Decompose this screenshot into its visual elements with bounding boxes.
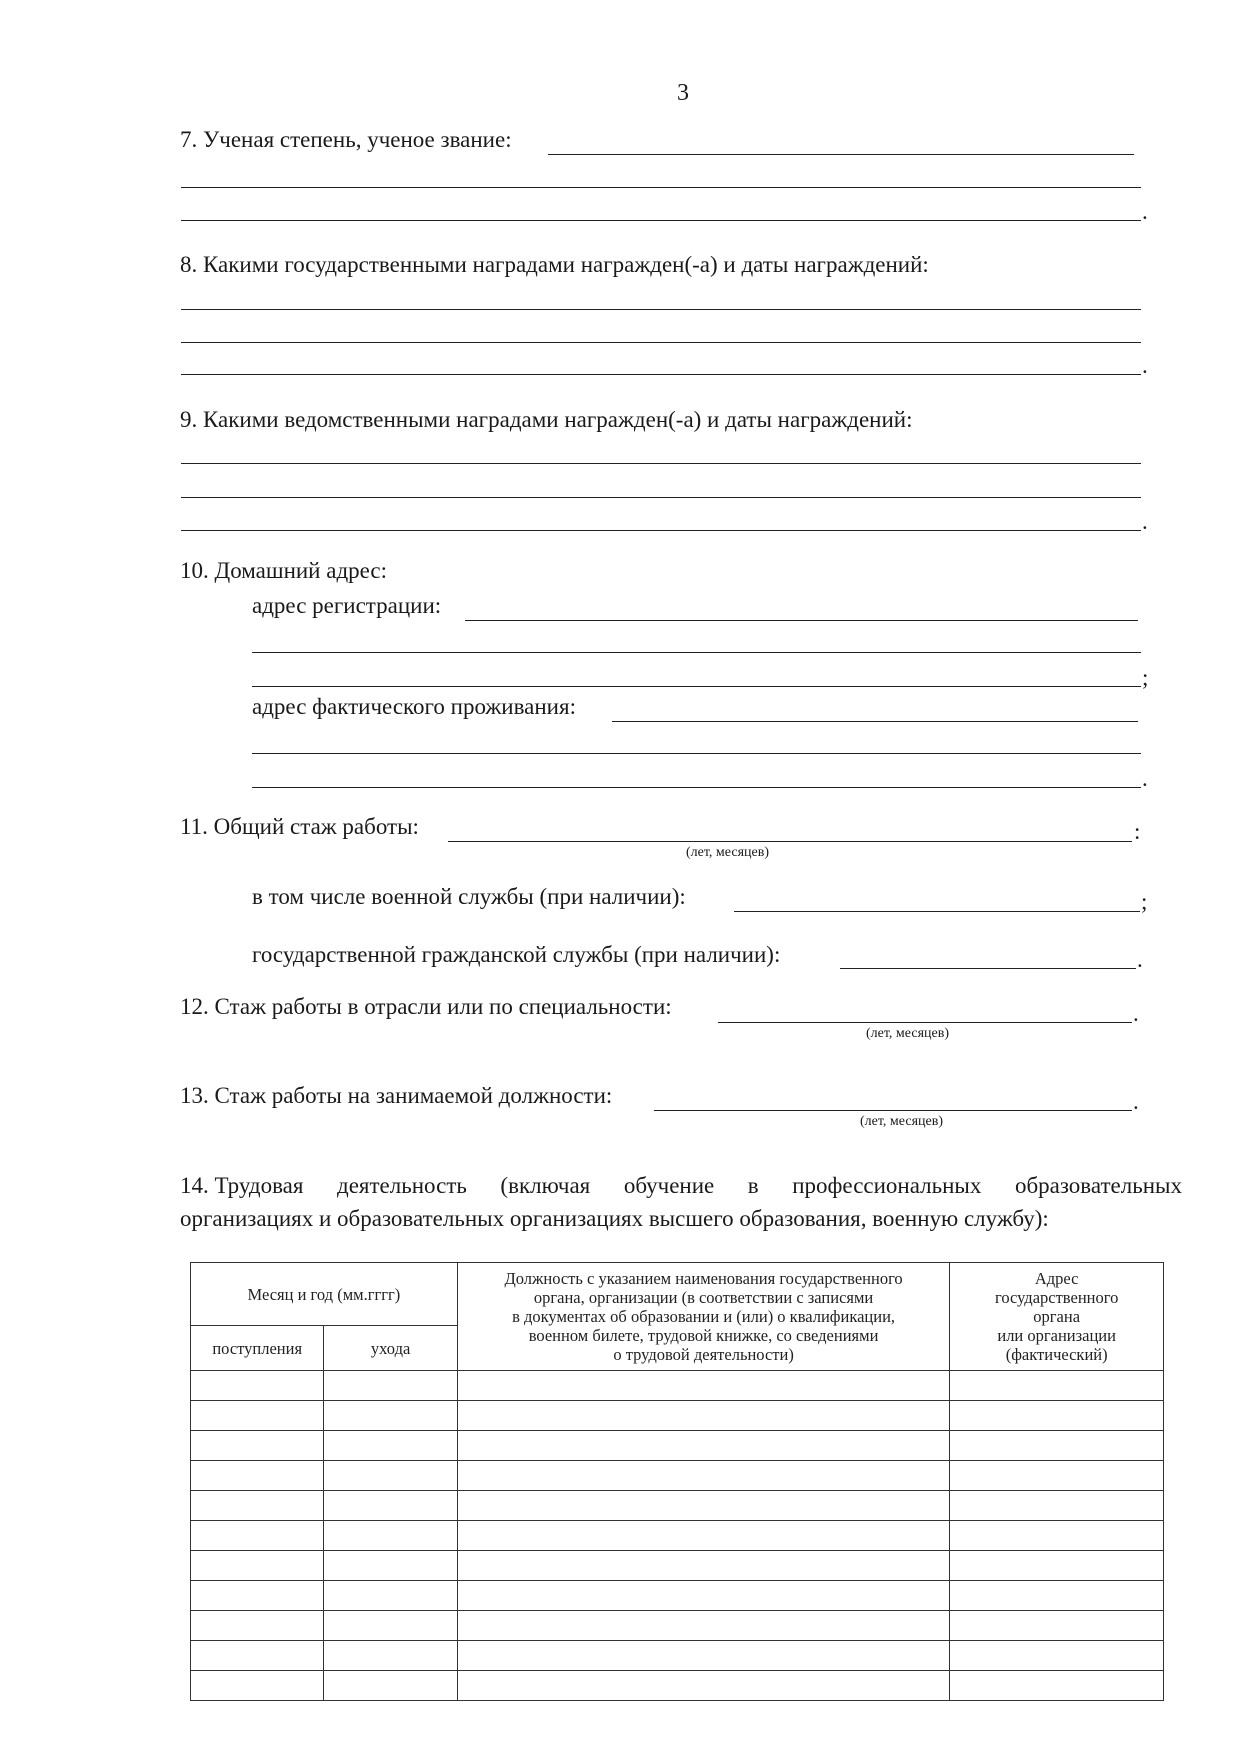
start-date-cell[interactable] xyxy=(191,1641,324,1671)
end-date-cell[interactable] xyxy=(324,1461,457,1491)
address-cell[interactable] xyxy=(950,1551,1164,1581)
q11-military-end-punct: ; xyxy=(1141,888,1147,916)
start-date-cell[interactable] xyxy=(191,1371,324,1401)
address-cell[interactable] xyxy=(950,1581,1164,1611)
q8-field-line-1[interactable] xyxy=(181,309,1141,310)
q9-field-line-1[interactable] xyxy=(181,463,1141,464)
work-history-body xyxy=(191,1371,1164,1701)
q9-field-line-3[interactable] xyxy=(181,530,1141,531)
q11-field-line[interactable] xyxy=(448,841,1132,842)
q13-label: 13. Стаж работы на занимаемой должности: xyxy=(180,1082,612,1110)
header-line: органа, организации (в соответствии с за… xyxy=(458,1288,950,1307)
position-cell[interactable] xyxy=(457,1671,950,1701)
start-date-cell[interactable] xyxy=(191,1581,324,1611)
q14-label-line-1: 14. Трудоваядеятельность(включаяобучение… xyxy=(180,1172,1182,1200)
end-date-cell[interactable] xyxy=(324,1371,457,1401)
q7-end-punct: . xyxy=(1142,198,1148,226)
position-cell[interactable] xyxy=(457,1431,950,1461)
q10-actual-label: адрес фактического проживания: xyxy=(252,693,576,721)
q10-actual-line-2[interactable] xyxy=(252,753,1141,754)
q14-word: образовательных xyxy=(1015,1172,1182,1200)
header-date-group: Месяц и год (мм.гггг) xyxy=(191,1263,458,1326)
table-row xyxy=(191,1431,1164,1461)
end-date-cell[interactable] xyxy=(324,1491,457,1521)
q9-label: 9. Какими ведомственными наградами награ… xyxy=(180,406,912,434)
table-row xyxy=(191,1371,1164,1401)
header-line: в документах об образовании и (или) о кв… xyxy=(458,1307,950,1326)
q10-actual-end-punct: . xyxy=(1142,765,1148,793)
q8-label: 8. Какими государственными наградами наг… xyxy=(180,251,929,279)
q9-field-line-2[interactable] xyxy=(181,497,1141,498)
q8-field-line-3[interactable] xyxy=(181,374,1141,375)
header-address: Адресгосударственногоорганаили организац… xyxy=(950,1263,1164,1371)
address-cell[interactable] xyxy=(950,1491,1164,1521)
q14-word: (включая xyxy=(500,1172,590,1200)
q13-field-line[interactable] xyxy=(654,1110,1132,1111)
q12-label: 12. Стаж работы в отрасли или по специал… xyxy=(180,993,672,1021)
position-cell[interactable] xyxy=(457,1581,950,1611)
q9-end-punct: . xyxy=(1142,508,1148,536)
q10-label: 10. Домашний адрес: xyxy=(180,557,387,585)
q8-field-line-2[interactable] xyxy=(181,342,1141,343)
position-cell[interactable] xyxy=(457,1641,950,1671)
q7-field-line-3[interactable] xyxy=(181,220,1141,221)
q14-word: обучение xyxy=(624,1172,714,1200)
address-cell[interactable] xyxy=(950,1461,1164,1491)
q10-registration-line-3[interactable] xyxy=(252,686,1141,687)
position-cell[interactable] xyxy=(457,1401,950,1431)
q14-word: в xyxy=(748,1172,759,1200)
q10-registration-line-2[interactable] xyxy=(252,652,1141,653)
table-row xyxy=(191,1581,1164,1611)
start-date-cell[interactable] xyxy=(191,1461,324,1491)
q7-label: 7. Ученая степень, ученое звание: xyxy=(180,126,512,154)
header-line: органа xyxy=(950,1307,1163,1326)
table-row xyxy=(191,1611,1164,1641)
end-date-cell[interactable] xyxy=(324,1581,457,1611)
address-cell[interactable] xyxy=(950,1611,1164,1641)
address-cell[interactable] xyxy=(950,1401,1164,1431)
start-date-cell[interactable] xyxy=(191,1401,324,1431)
header-line: военном билете, трудовой книжке, со свед… xyxy=(458,1326,950,1345)
table-row xyxy=(191,1551,1164,1581)
header-end: ухода xyxy=(324,1326,457,1371)
position-cell[interactable] xyxy=(457,1491,950,1521)
header-line: о трудовой деятельности) xyxy=(458,1345,950,1364)
q7-field-line-1[interactable] xyxy=(548,154,1134,155)
q10-actual-line-3[interactable] xyxy=(252,787,1141,788)
q10-registration-label: адрес регистрации: xyxy=(252,592,441,620)
position-cell[interactable] xyxy=(457,1461,950,1491)
end-date-cell[interactable] xyxy=(324,1611,457,1641)
start-date-cell[interactable] xyxy=(191,1491,324,1521)
q14-label-line-2: организациях и образовательных организац… xyxy=(180,1205,1049,1233)
position-cell[interactable] xyxy=(457,1611,950,1641)
address-cell[interactable] xyxy=(950,1641,1164,1671)
start-date-cell[interactable] xyxy=(191,1611,324,1641)
table-row xyxy=(191,1401,1164,1431)
q10-registration-line-1[interactable] xyxy=(465,620,1138,621)
page-number: 3 xyxy=(0,80,1240,107)
end-date-cell[interactable] xyxy=(324,1551,457,1581)
position-cell[interactable] xyxy=(457,1371,950,1401)
q11-end-punct: : xyxy=(1134,818,1140,846)
end-date-cell[interactable] xyxy=(324,1671,457,1701)
position-cell[interactable] xyxy=(457,1521,950,1551)
header-line: Должность с указанием наименования госуд… xyxy=(458,1269,950,1288)
q12-end-punct: . xyxy=(1133,1000,1139,1028)
q10-registration-end-punct: ; xyxy=(1142,664,1148,692)
position-cell[interactable] xyxy=(457,1551,950,1581)
address-cell[interactable] xyxy=(950,1521,1164,1551)
q14-word: деятельность xyxy=(337,1172,467,1200)
q11-civil-end-punct: . xyxy=(1137,946,1143,974)
q11-military-label: в том числе военной службы (при наличии)… xyxy=(252,883,686,911)
q13-hint: (лет, месяцев) xyxy=(860,1114,943,1130)
start-date-cell[interactable] xyxy=(191,1671,324,1701)
address-cell[interactable] xyxy=(950,1431,1164,1461)
q11-civil-line[interactable] xyxy=(840,968,1136,969)
q7-field-line-2[interactable] xyxy=(181,187,1141,188)
header-line: Адрес xyxy=(950,1269,1163,1288)
table-row xyxy=(191,1641,1164,1671)
q11-label: 11. Общий стаж работы: xyxy=(180,813,419,841)
start-date-cell[interactable] xyxy=(191,1551,324,1581)
q12-field-line[interactable] xyxy=(718,1022,1132,1023)
address-cell[interactable] xyxy=(950,1671,1164,1701)
header-position: Должность с указанием наименования госуд… xyxy=(457,1263,950,1371)
q12-hint: (лет, месяцев) xyxy=(866,1026,949,1042)
table-row xyxy=(191,1521,1164,1551)
q11-military-line[interactable] xyxy=(734,911,1140,912)
start-date-cell[interactable] xyxy=(191,1431,324,1461)
q8-end-punct: . xyxy=(1142,352,1148,380)
table-row xyxy=(191,1671,1164,1701)
table-row xyxy=(191,1491,1164,1521)
q11-civil-label: государственной гражданской службы (при … xyxy=(252,941,780,969)
header-line: (фактический) xyxy=(950,1345,1163,1364)
header-line: или организации xyxy=(950,1326,1163,1345)
header-start: поступления xyxy=(191,1326,324,1371)
start-date-cell[interactable] xyxy=(191,1521,324,1551)
q13-end-punct: . xyxy=(1133,1088,1139,1116)
end-date-cell[interactable] xyxy=(324,1401,457,1431)
work-history-table: Месяц и год (мм.гггг) Должность с указан… xyxy=(190,1262,1164,1701)
table-row xyxy=(191,1461,1164,1491)
address-cell[interactable] xyxy=(950,1371,1164,1401)
header-line: государственного xyxy=(950,1288,1163,1307)
end-date-cell[interactable] xyxy=(324,1641,457,1671)
q10-actual-line-1[interactable] xyxy=(612,721,1138,722)
q11-hint: (лет, месяцев) xyxy=(686,845,769,861)
q14-word: профессиональных xyxy=(792,1172,981,1200)
end-date-cell[interactable] xyxy=(324,1431,457,1461)
q14-word: 14. Трудовая xyxy=(180,1172,303,1200)
end-date-cell[interactable] xyxy=(324,1521,457,1551)
